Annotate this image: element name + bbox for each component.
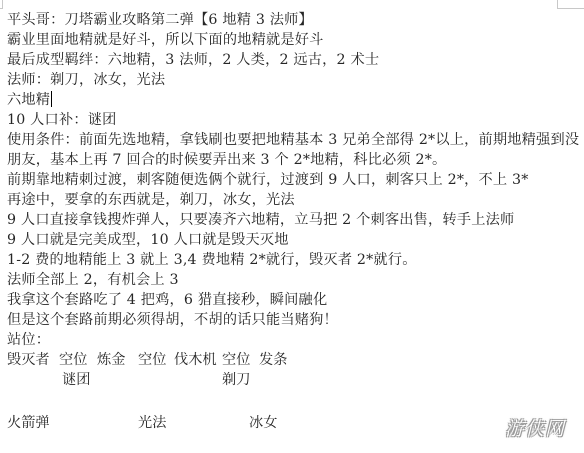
position-cell: 发条 xyxy=(259,350,287,370)
watermark-logo: 游侠网 xyxy=(505,414,565,441)
position-cell: 谜团 xyxy=(62,370,90,390)
doc-line: 再途中，要拿的东西就是，剃刀，冰女，光法 xyxy=(7,190,577,210)
doc-line: 朋友，基本上再 7 回合的时候要弄出来 3 个 2*地精，科比必须 2*。 xyxy=(7,150,577,170)
doc-line: 我拿这个套路吃了 4 把鸡，6 猎直接秒，瞬间融化 xyxy=(7,290,577,310)
doc-line-mages: 法师：剃刀，冰女，光法 xyxy=(7,70,577,90)
position-row-2: 谜团 剃刀 xyxy=(7,370,577,390)
position-row-1: 毁灭者 空位 炼金 空位 伐木机 空位 发条 xyxy=(7,350,577,370)
doc-line: 法师全部上 2，有机会上 3 xyxy=(7,270,577,290)
position-cell: 空位 xyxy=(138,350,166,370)
position-cell: 空位 xyxy=(59,350,87,370)
page-margin-mark-top-left xyxy=(0,0,3,9)
text-cursor xyxy=(51,91,52,107)
position-cell: 光法 xyxy=(138,413,166,433)
doc-line-final-synergy: 最后成型羁绊：六地精，3 法师，2 人类，2 远古，2 术士 xyxy=(7,50,577,70)
doc-line: 前期靠地精刺过渡，刺客随便选俩个就行，过渡到 9 人口，刺客只上 2*，不上 3… xyxy=(7,170,577,190)
doc-line: 1-2 费的地精能上 3 就上 3,4 费地精 2*就行，毁灭者 2*就行。 xyxy=(7,250,577,270)
doc-line: 9 人口直接拿钱搜炸弹人，只要凑齐六地精，立马把 2 个刺客出售，转手上法师 xyxy=(7,210,577,230)
position-row-3: 火箭弹 光法 冰女 xyxy=(7,413,577,433)
doc-line-conditions: 使用条件：前面先选地精，拿钱刷也要把地精基本 3 兄弟全部得 2*以上，前期地精… xyxy=(7,130,577,150)
position-cell: 空位 xyxy=(222,350,250,370)
blank-row xyxy=(7,390,577,410)
doc-line: 但是这个套路前期必须得胡，不胡的话只能当赌狗！ xyxy=(7,310,577,330)
position-cell: 火箭弹 xyxy=(7,413,50,433)
position-cell: 毁灭者 xyxy=(7,350,50,370)
page-margin-mark-top-right xyxy=(557,0,584,9)
doc-line: 9 人口就是完美成型，10 人口就是毁天灭地 xyxy=(7,230,577,250)
position-cell: 伐木机 xyxy=(174,350,217,370)
positions-heading: 站位： xyxy=(7,330,577,350)
doc-title: 平头哥：刀塔霸业攻略第二弹【6 地精 3 法师】 xyxy=(7,10,577,30)
position-cell: 冰女 xyxy=(249,413,277,433)
doc-line-text: 六地精 xyxy=(7,92,50,108)
document-body[interactable]: 平头哥：刀塔霸业攻略第二弹【6 地精 3 法师】 霸业里面地精就是好斗，所以下面… xyxy=(7,10,577,433)
position-cell: 剃刀 xyxy=(222,370,250,390)
position-cell: 炼金 xyxy=(97,350,125,370)
doc-line: 霸业里面地精就是好斗，所以下面的地精就是好斗 xyxy=(7,30,577,50)
doc-line-six-goblins: 六地精 xyxy=(7,90,577,110)
doc-line-level10: 10 人口补：谜团 xyxy=(7,110,577,130)
